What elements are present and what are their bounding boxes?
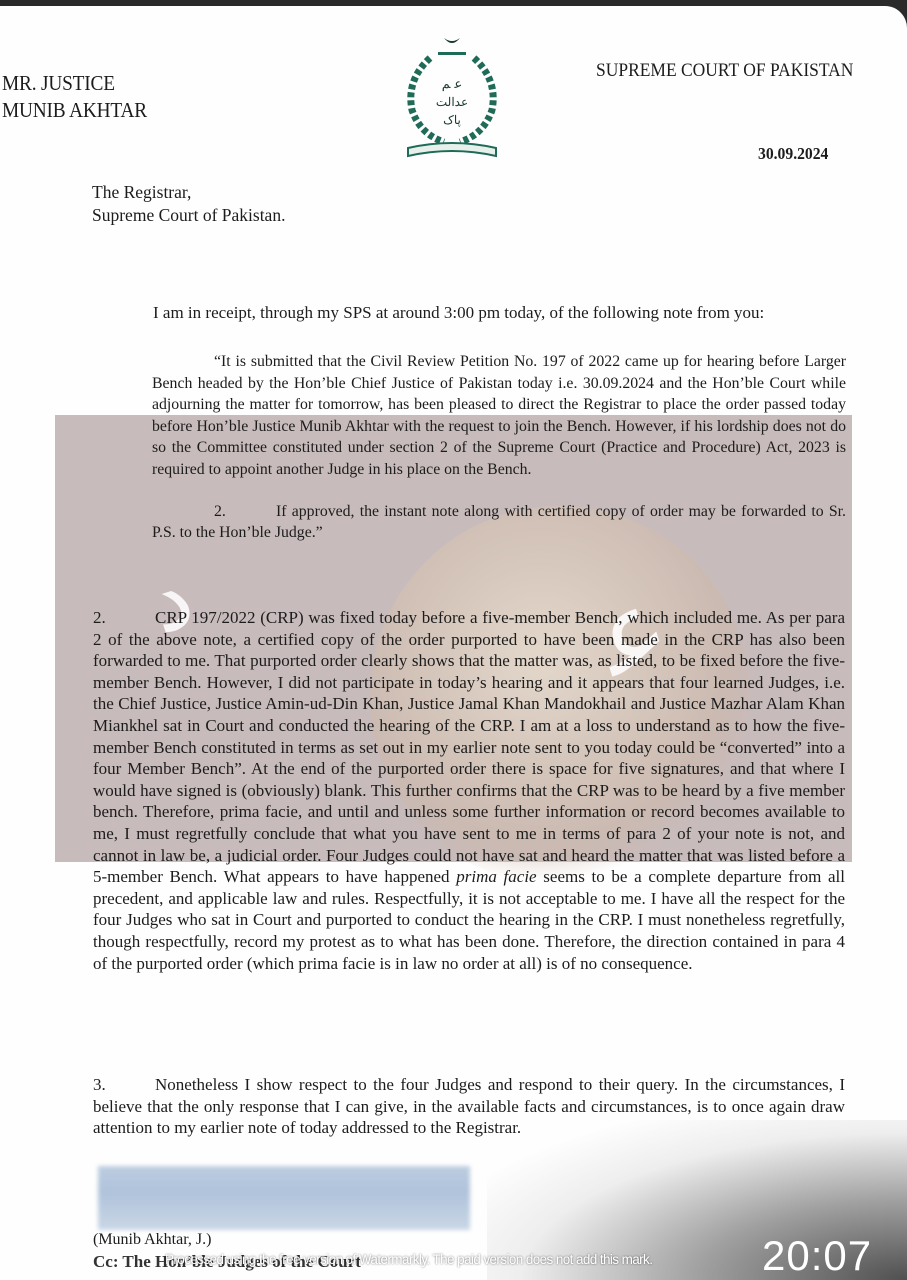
quoted-note: “It is submitted that the Civil Review P… xyxy=(152,351,846,544)
addressee-title: The Registrar, xyxy=(92,181,285,204)
judge-title: MR. JUSTICE xyxy=(2,70,147,97)
svg-text:ﻋﺪﺍﻟﺖ: ﻋﺪﺍﻟﺖ xyxy=(436,95,468,109)
addressee: The Registrar, Supreme Court of Pakistan… xyxy=(92,181,285,227)
addressee-org: Supreme Court of Pakistan. xyxy=(92,204,285,227)
court-emblem-icon: ﻋ ﻢ ﻋﺪﺍﻟﺖ ﭘﺎﮎ xyxy=(400,30,505,164)
quoted-note-para2: 2.If approved, the instant note along wi… xyxy=(152,501,846,544)
letter-date: 30.09.2024 xyxy=(758,144,828,164)
document-page: MR. JUSTICE MUNIB AKHTAR ﻋ ﻢ ﻋﺪﺍﻟﺖ ﭘﺎﮎ S… xyxy=(0,6,907,1280)
svg-text:ﭘﺎﮎ: ﭘﺎﮎ xyxy=(443,113,461,127)
paragraph-2: 2.CRP 197/2022 (CRP) was fixed today bef… xyxy=(93,607,845,974)
watermarkly-notice: Processed using the free version of Wate… xyxy=(165,1252,652,1267)
signatory-name: (Munib Akhtar, J.) xyxy=(93,1231,211,1249)
quoted-note-para1: “It is submitted that the Civil Review P… xyxy=(152,351,846,481)
redacted-signature xyxy=(98,1166,470,1230)
judge-letterhead: MR. JUSTICE MUNIB AKHTAR xyxy=(2,70,147,124)
intro-paragraph: I am in receipt, through my SPS at aroun… xyxy=(93,302,845,324)
video-timestamp: 20:07 xyxy=(762,1232,872,1280)
court-name: SUPREME COURT OF PAKISTAN xyxy=(596,60,853,82)
judge-name: MUNIB AKHTAR xyxy=(2,97,147,124)
svg-text:ﻋ ﻢ: ﻋ ﻢ xyxy=(442,77,463,92)
